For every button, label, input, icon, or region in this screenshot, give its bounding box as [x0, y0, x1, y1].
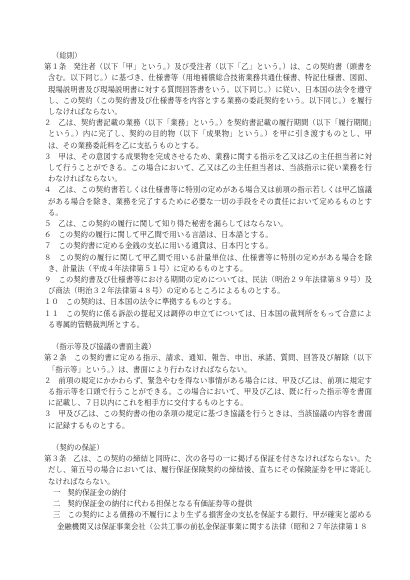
clause-text: この契約の履行に関して甲乙間で用いる言語は、日本語とする。 [58, 230, 272, 239]
clause-text: 契約保証金の納付に代わる担保となる有価証券等の提供 [67, 499, 252, 508]
section-written-instructions: （指示等及び協議の書面主義） 第２条この契約書に定める指示、請求、通知、報告、申… [44, 341, 372, 431]
clause-list-item: 二契約保証金の納付に代わる担保となる有価証券等の提供 [44, 498, 372, 509]
clause-text: 乙は、この契約の履行に関して知り得た秘密を漏らしてはならない。 [58, 219, 287, 228]
clause-label: ５ [44, 219, 51, 228]
clause-article: 第３条乙は、この契約の締結と同時に、次の各号の一に掲げる保証を付さなければならな… [44, 453, 372, 487]
clause-text: この契約書に定める指示、請求、通知、報告、申出、承諾、質問、回答及び解除（以下「… [48, 353, 372, 373]
clause-paragraph: １１この契約に係る訴訟の提起又は調停の申立てについては、日本国の裁判所をもって合… [44, 308, 372, 330]
clause-label: ３ [44, 409, 51, 418]
clause-article: 第１条発注者（以下「甲」という。）及び受注者（以下「乙」という。）は、この契約書… [44, 61, 372, 117]
clause-article: 第２条この契約書に定める指示、請求、通知、報告、申出、承諾、質問、回答及び解除（… [44, 352, 372, 374]
clause-label: １０ [44, 297, 59, 306]
clause-text: この契約による債務の不履行により生ずる損害金の支払を保証する銀行、甲が確実と認め… [57, 510, 372, 530]
clause-label: 第２条 [44, 353, 67, 362]
clause-label: 二 [53, 499, 60, 508]
clause-label: ８ [44, 253, 52, 262]
clause-text: 乙は、契約書記載の業務（以下「業務」という。）を契約書記載の履行期間（以下「履行… [48, 118, 372, 149]
clause-label: ７ [44, 241, 51, 250]
clause-text: 前項の規定にかかわらず、緊急やむを得ない事情がある場合には、甲及び乙は、前項に規… [48, 376, 372, 407]
clause-paragraph: ３甲及び乙は、この契約書の他の条項の規定に基づき協議を行うときは、当該協議の内容… [44, 408, 372, 430]
clause-text: 乙は、この契約の締結と同時に、次の各号の一に掲げる保証を付さなければならない。た… [48, 454, 372, 485]
clause-label: ９ [44, 275, 51, 284]
clause-text: この契約の履行に関して甲乙間で用いる計量単位は、仕様書等に特別の定めがある場合を… [48, 253, 372, 273]
clause-paragraph: ２前項の規定にかかわらず、緊急やむを得ない事情がある場合には、甲及び乙は、前項に… [44, 375, 372, 409]
clause-paragraph: ５乙は、この契約の履行に関して知り得た秘密を漏らしてはならない。 [44, 218, 372, 229]
clause-text: 発注者（以下「甲」という。）及び受注者（以下「乙」という。）は、この契約書（頭書… [48, 62, 372, 116]
clause-label: 第３条 [44, 454, 66, 463]
clause-label: １１ [44, 309, 59, 318]
clause-paragraph: ６この契約の履行に関して甲乙間で用いる言語は、日本語とする。 [44, 229, 372, 240]
clause-text: 契約保証金の納付 [67, 488, 126, 497]
section-general-provisions: （総則） 第１条発注者（以下「甲」という。）及び受注者（以下「乙」という。）は、… [44, 50, 372, 330]
clause-paragraph: １０この契約は、日本国の法令に準拠するものとする。 [44, 296, 372, 307]
section-heading: （総則） [44, 50, 372, 61]
clause-label: 一 [53, 488, 60, 497]
clause-paragraph: ４乙は、この契約書若しくは仕様書等に特別の定めがある場合又は前項の指示若しくは甲… [44, 184, 372, 218]
clause-text: この契約書に定める金銭の支払に用いる通貨は、日本円とする。 [58, 241, 272, 250]
clause-text: 甲は、その意図する成果物を完成させるため、業務に関する指示を乙又は乙の主任担当者… [48, 152, 372, 183]
clause-label: 三 [53, 510, 60, 519]
contract-page: （総則） 第１条発注者（以下「甲」という。）及び受注者（以下「乙」という。）は、… [0, 0, 410, 580]
clause-text: 甲及び乙は、この契約書の他の条項の規定に基づき協議を行うときは、当該協議の内容を… [48, 409, 372, 429]
clause-label: ２ [44, 376, 51, 385]
clause-paragraph: ２乙は、契約書記載の業務（以下「業務」という。）を契約書記載の履行期間（以下「履… [44, 117, 372, 151]
clause-label: ２ [44, 118, 51, 127]
clause-text: この契約は、日本国の法令に準拠するものとする。 [66, 297, 236, 306]
section-heading: （指示等及び協議の書面主義） [44, 341, 372, 352]
clause-text: 乙は、この契約書若しくは仕様書等に特別の定めがある場合又は前項の指示若しくは甲乙… [48, 185, 372, 216]
section-contract-guarantee: （契約の保証） 第３条乙は、この契約の締結と同時に、次の各号の一に掲げる保証を付… [44, 442, 372, 532]
section-heading: （契約の保証） [44, 442, 372, 453]
contract-text-body: （総則） 第１条発注者（以下「甲」という。）及び受注者（以下「乙」という。）は、… [44, 50, 372, 532]
clause-list-item: 三この契約による債務の不履行により生ずる損害金の支払を保証する銀行、甲が確実と認… [44, 509, 372, 531]
clause-paragraph: ７この契約書に定める金銭の支払に用いる通貨は、日本円とする。 [44, 240, 372, 251]
clause-paragraph: ９この契約書及び仕様書等における期間の定めについては、民法（明治２９年法律第８９… [44, 274, 372, 296]
clause-text: この契約に係る訴訟の提起又は調停の申立てについては、日本国の裁判所をもって合意に… [48, 309, 372, 329]
clause-paragraph: ８この契約の履行に関して甲乙間で用いる計量単位は、仕様書等に特別の定めがある場合… [44, 252, 372, 274]
clause-text: この契約書及び仕様書等における期間の定めについては、民法（明治２９年法律第８９号… [48, 275, 372, 295]
clause-list-item: 一契約保証金の納付 [44, 487, 372, 498]
clause-label: ４ [44, 185, 51, 194]
clause-paragraph: ３甲は、その意図する成果物を完成させるため、業務に関する指示を乙又は乙の主任担当… [44, 151, 372, 185]
clause-label: 第１条 [44, 62, 66, 71]
clause-label: ６ [44, 230, 51, 239]
clause-label: ３ [44, 152, 51, 161]
